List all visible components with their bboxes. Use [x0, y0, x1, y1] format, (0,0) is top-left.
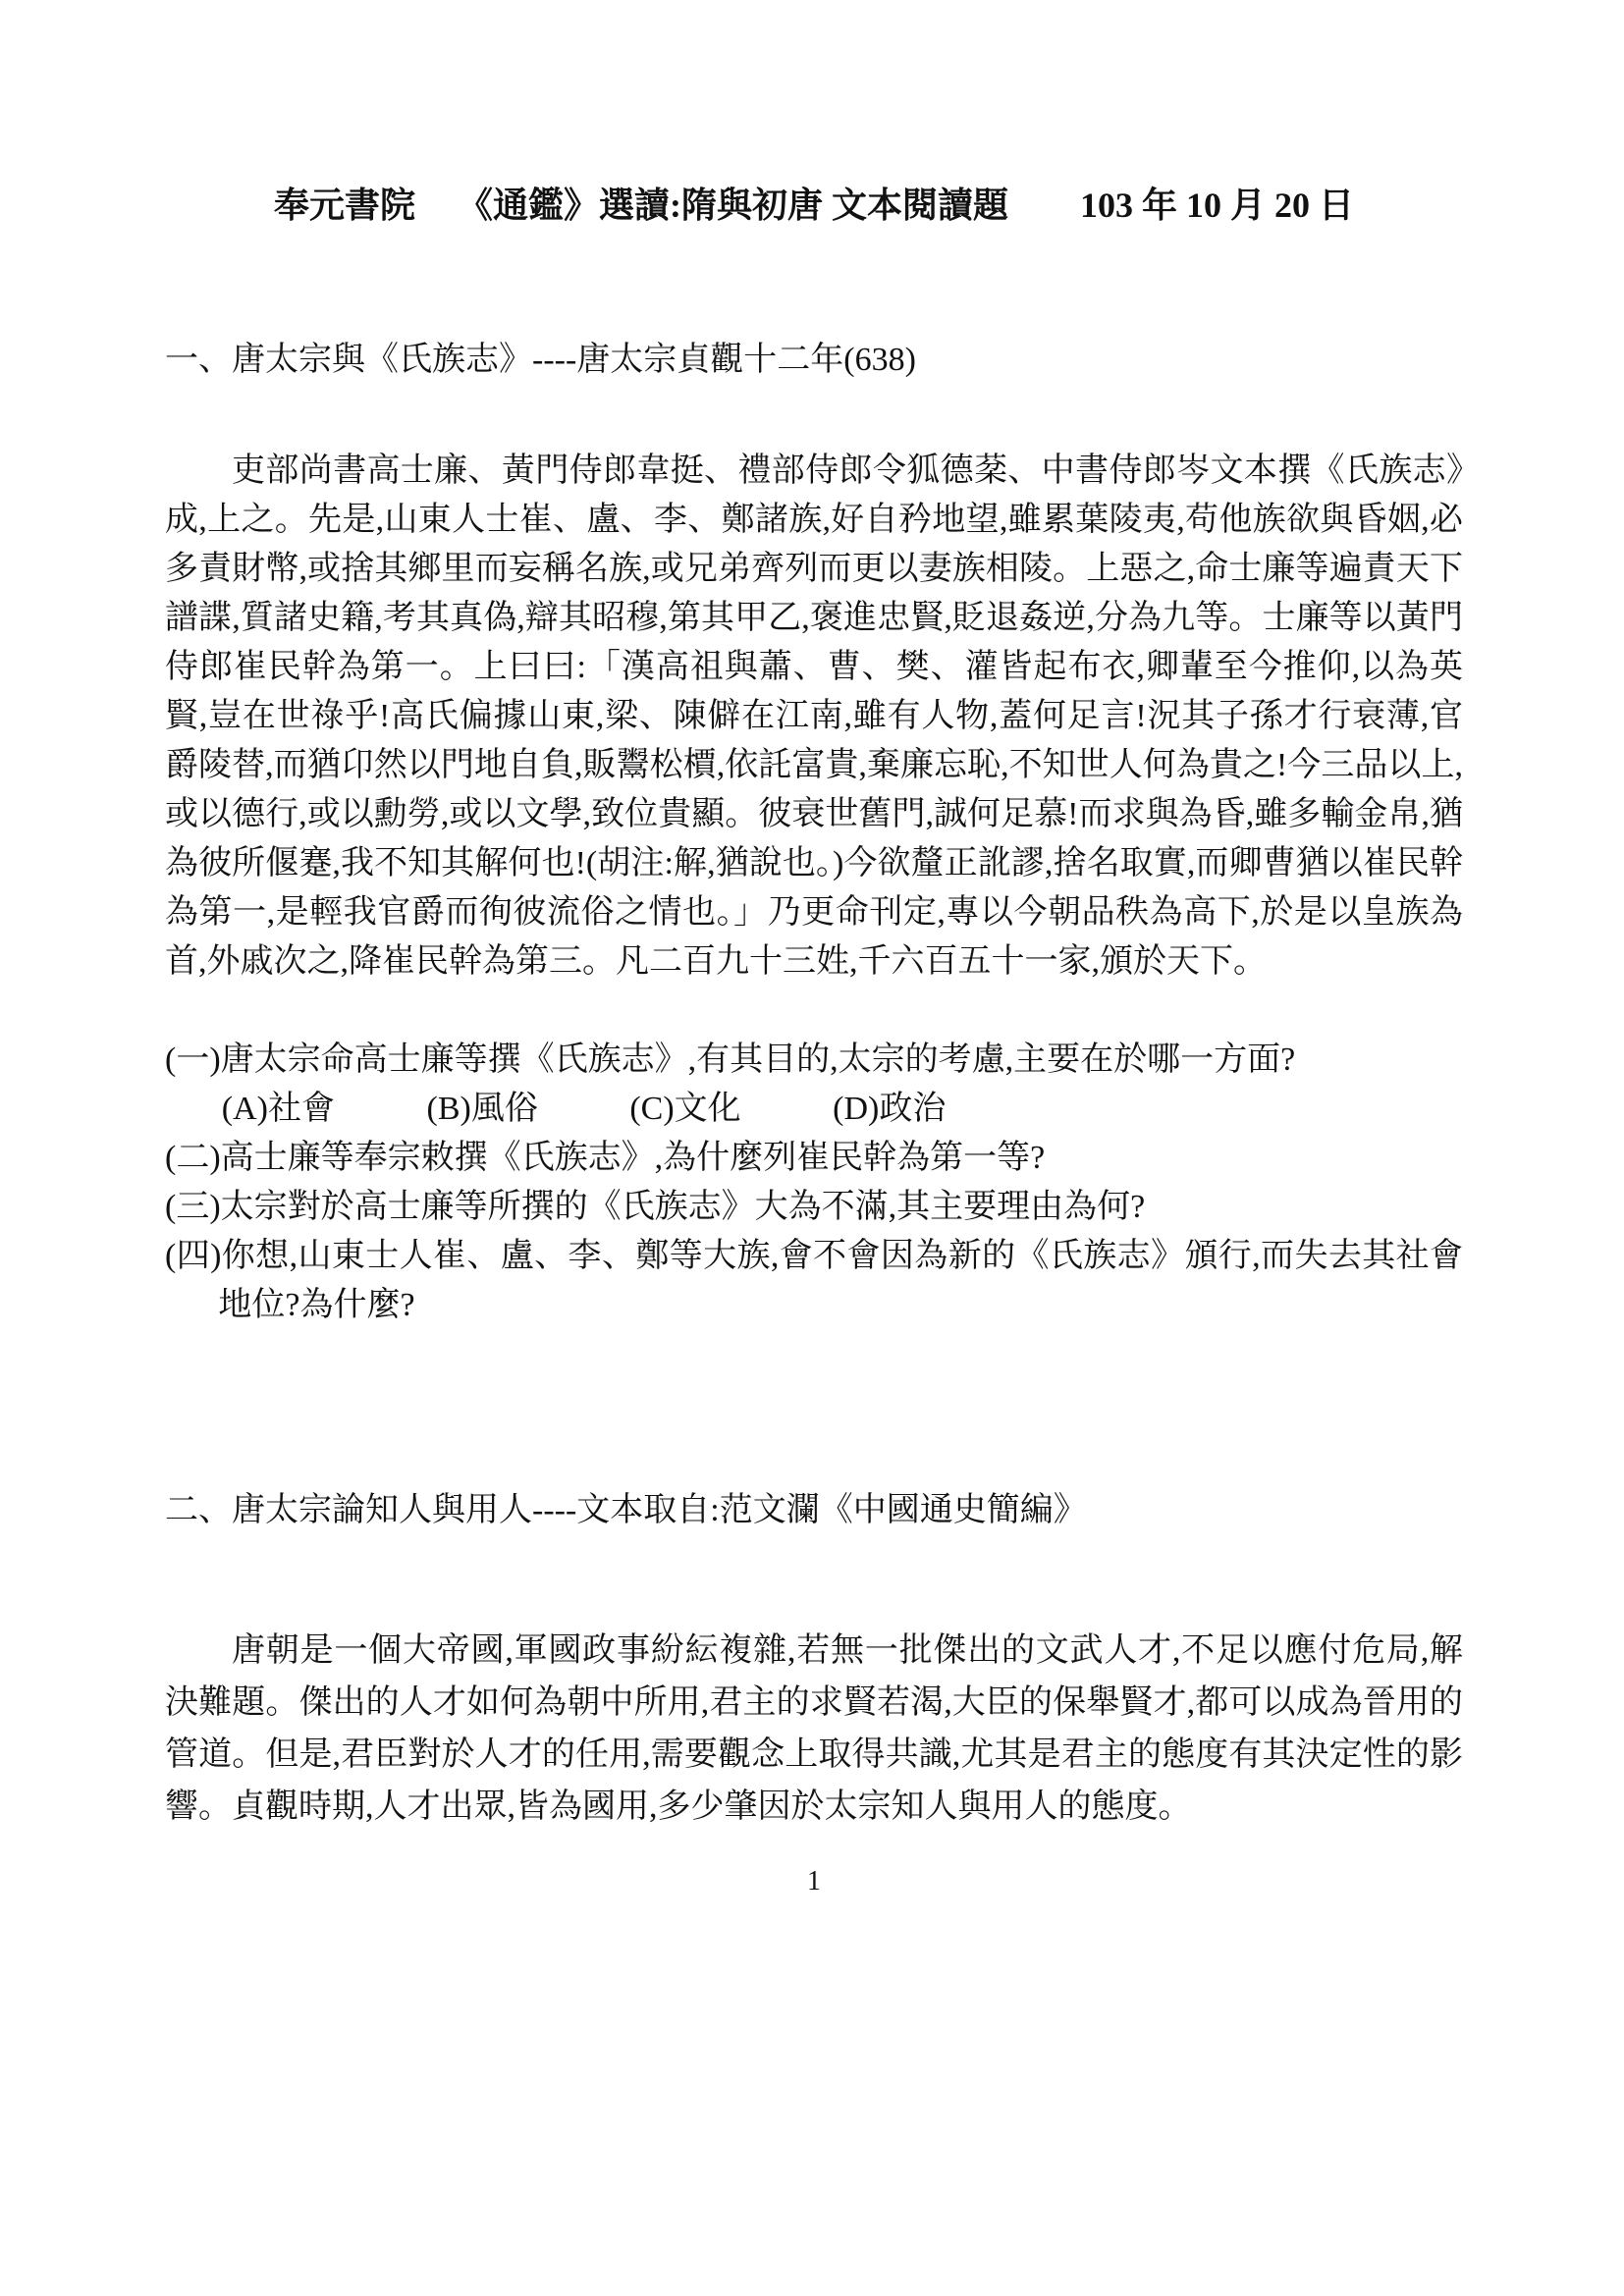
document-content: 奉元書院 《通鑑》選讀:隋與初唐 文本閱讀題 103 年 10 月 20 日 一…	[0, 0, 1624, 1901]
section1-questions: (一)唐太宗命高士廉等撰《氏族志》,有其目的,太宗的考慮,主要在於哪一方面? (…	[165, 1036, 1463, 1330]
option-d-text: 政治	[879, 1091, 946, 1127]
option-a-text: 社會	[268, 1091, 335, 1127]
title-subject: 《通鑑》選讀:隋與初唐 文本閱讀題	[458, 186, 1008, 225]
option-c-text: 文化	[675, 1091, 741, 1127]
question-2: (二)高士廉等奉宗敕撰《氏族志》,為什麼列崔民幹為第一等?	[165, 1134, 1463, 1183]
option-b-label: (B)	[427, 1091, 471, 1127]
question-4: (四)你想,山東士人崔、盧、李、鄭等大族,會不會因為新的《氏族志》頒行,而失去其…	[165, 1232, 1463, 1330]
option-c-label: (C)	[629, 1091, 674, 1127]
section1-passage: 吏部尚書高士廉、黃門侍郎韋挺、禮部侍郎令狐德棻、中書侍郎岑文本撰《氏族志》成,上…	[165, 447, 1463, 987]
section2-passage: 唐朝是一個大帝國,軍國政事紛紜複雜,若無一批傑出的文武人才,不足以應付危局,解決…	[165, 1625, 1463, 1833]
section-1: 一、唐太宗與《氏族志》----唐太宗貞觀十二年(638) 吏部尚書高士廉、黃門侍…	[165, 337, 1463, 1330]
option-d: (D)政治	[833, 1091, 946, 1127]
option-b: (B)風俗	[427, 1091, 538, 1127]
section2-heading: 二、唐太宗論知人與用人----文本取自:范文瀾《中國通史簡編》	[165, 1487, 1463, 1534]
option-b-text: 風俗	[471, 1091, 538, 1127]
question-1-options: (A)社會 (B)風俗 (C)文化 (D)政治	[165, 1085, 1463, 1134]
section1-heading: 一、唐太宗與《氏族志》----唐太宗貞觀十二年(638)	[165, 337, 1463, 384]
document-page: 奉元書院 《通鑑》選讀:隋與初唐 文本閱讀題 103 年 10 月 20 日 一…	[0, 0, 1624, 2296]
option-a: (A)社會	[222, 1091, 335, 1127]
document-title: 奉元書院 《通鑑》選讀:隋與初唐 文本閱讀題 103 年 10 月 20 日	[165, 182, 1463, 229]
question-1: (一)唐太宗命高士廉等撰《氏族志》,有其目的,太宗的考慮,主要在於哪一方面?	[165, 1036, 1463, 1085]
option-c: (C)文化	[629, 1091, 740, 1127]
title-date: 103 年 10 月 20 日	[1080, 186, 1354, 225]
question-3: (三)太宗對於高士廉等所撰的《氏族志》大為不滿,其主要理由為何?	[165, 1183, 1463, 1232]
title-school: 奉元書院	[274, 186, 415, 225]
option-a-label: (A)	[222, 1091, 268, 1127]
section-2: 二、唐太宗論知人與用人----文本取自:范文瀾《中國通史簡編》 唐朝是一個大帝國…	[165, 1487, 1463, 1833]
page-number: 1	[165, 1862, 1463, 1901]
option-d-label: (D)	[833, 1091, 879, 1127]
